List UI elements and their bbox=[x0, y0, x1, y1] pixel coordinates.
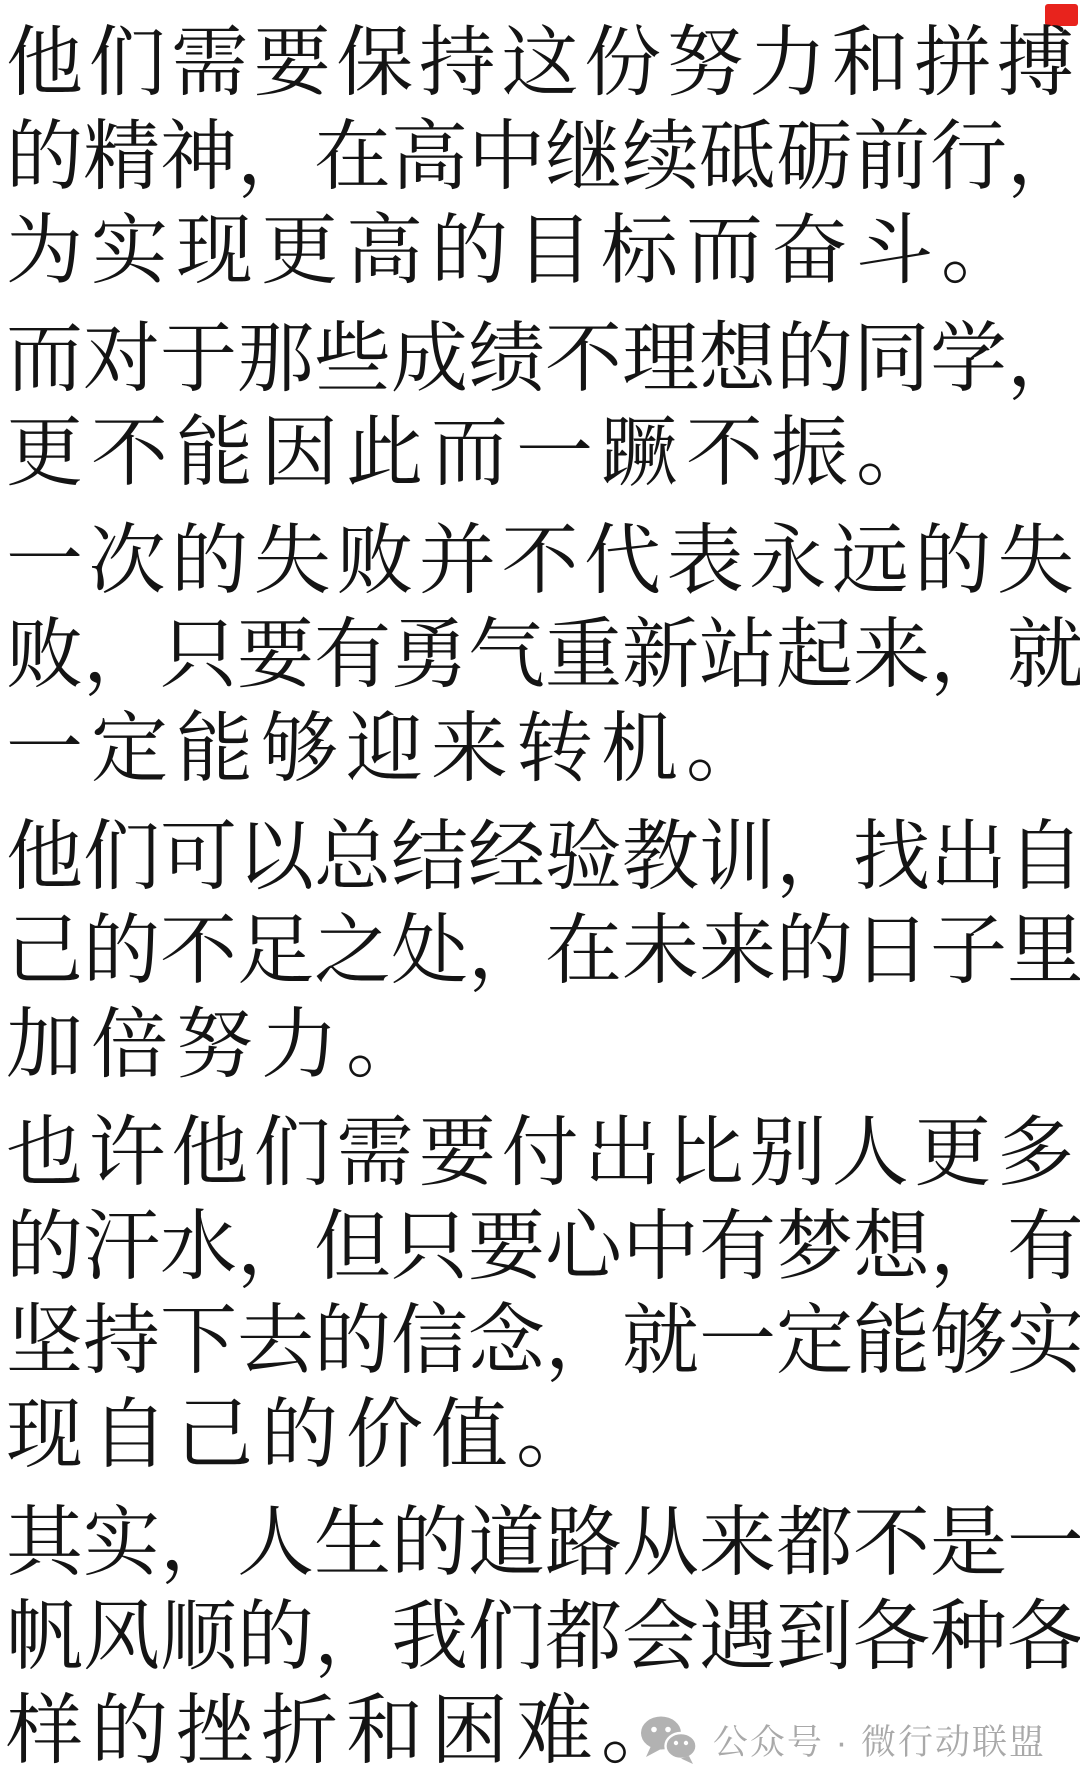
text-line: 也许他们需要付出比别人更多 bbox=[6, 1106, 1074, 1200]
watermark-label: 公众号 · 微行动联盟 bbox=[713, 1715, 1046, 1765]
paragraph: 他们需要保持这份努力和拼搏的精神，在高中继续砥砺前行，为实现更高的目标而奋斗。 bbox=[6, 16, 1074, 298]
text-line: 为实现更高的目标而奋斗。 bbox=[6, 204, 1074, 298]
text-line: 坚持下去的信念，就一定能够实 bbox=[6, 1294, 1074, 1388]
text-line: 败，只要有勇气重新站起来，就 bbox=[6, 608, 1074, 702]
text-line: 现自己的价值。 bbox=[6, 1388, 1074, 1482]
text-line: 一次的失败并不代表永远的失 bbox=[6, 514, 1074, 608]
article-page: 他们需要保持这份努力和拼搏的精神，在高中继续砥砺前行，为实现更高的目标而奋斗。而… bbox=[0, 0, 1080, 1791]
paragraph: 也许他们需要付出比别人更多的汗水，但只要心中有梦想，有坚持下去的信念，就一定能够… bbox=[6, 1106, 1074, 1482]
paragraph: 一次的失败并不代表永远的失败，只要有勇气重新站起来，就一定能够迎来转机。 bbox=[6, 514, 1074, 796]
text-line: 他们可以总结经验教训，找出自 bbox=[6, 810, 1074, 904]
text-line: 的汗水，但只要心中有梦想，有 bbox=[6, 1200, 1074, 1294]
text-line: 帆风顺的，我们都会遇到各种各 bbox=[6, 1590, 1074, 1684]
text-line: 加倍努力。 bbox=[6, 998, 1074, 1092]
text-line: 己的不足之处，在未来的日子里 bbox=[6, 904, 1074, 998]
text-line: 更不能因此而一蹶不振。 bbox=[6, 406, 1074, 500]
watermark: 公众号 · 微行动联盟 bbox=[639, 1715, 1046, 1765]
paragraph: 他们可以总结经验教训，找出自己的不足之处，在未来的日子里加倍努力。 bbox=[6, 810, 1074, 1092]
wechat-icon bbox=[639, 1716, 699, 1764]
text-line: 而对于那些成绩不理想的同学， bbox=[6, 312, 1074, 406]
paragraph: 而对于那些成绩不理想的同学，更不能因此而一蹶不振。 bbox=[6, 312, 1074, 500]
text-line: 他们需要保持这份努力和拼搏 bbox=[6, 16, 1074, 110]
text-line: 一定能够迎来转机。 bbox=[6, 702, 1074, 796]
text-line: 其实，人生的道路从来都不是一 bbox=[6, 1496, 1074, 1590]
article-body: 他们需要保持这份努力和拼搏的精神，在高中继续砥砺前行，为实现更高的目标而奋斗。而… bbox=[6, 16, 1074, 1791]
text-line: 的精神，在高中继续砥砺前行， bbox=[6, 110, 1074, 204]
